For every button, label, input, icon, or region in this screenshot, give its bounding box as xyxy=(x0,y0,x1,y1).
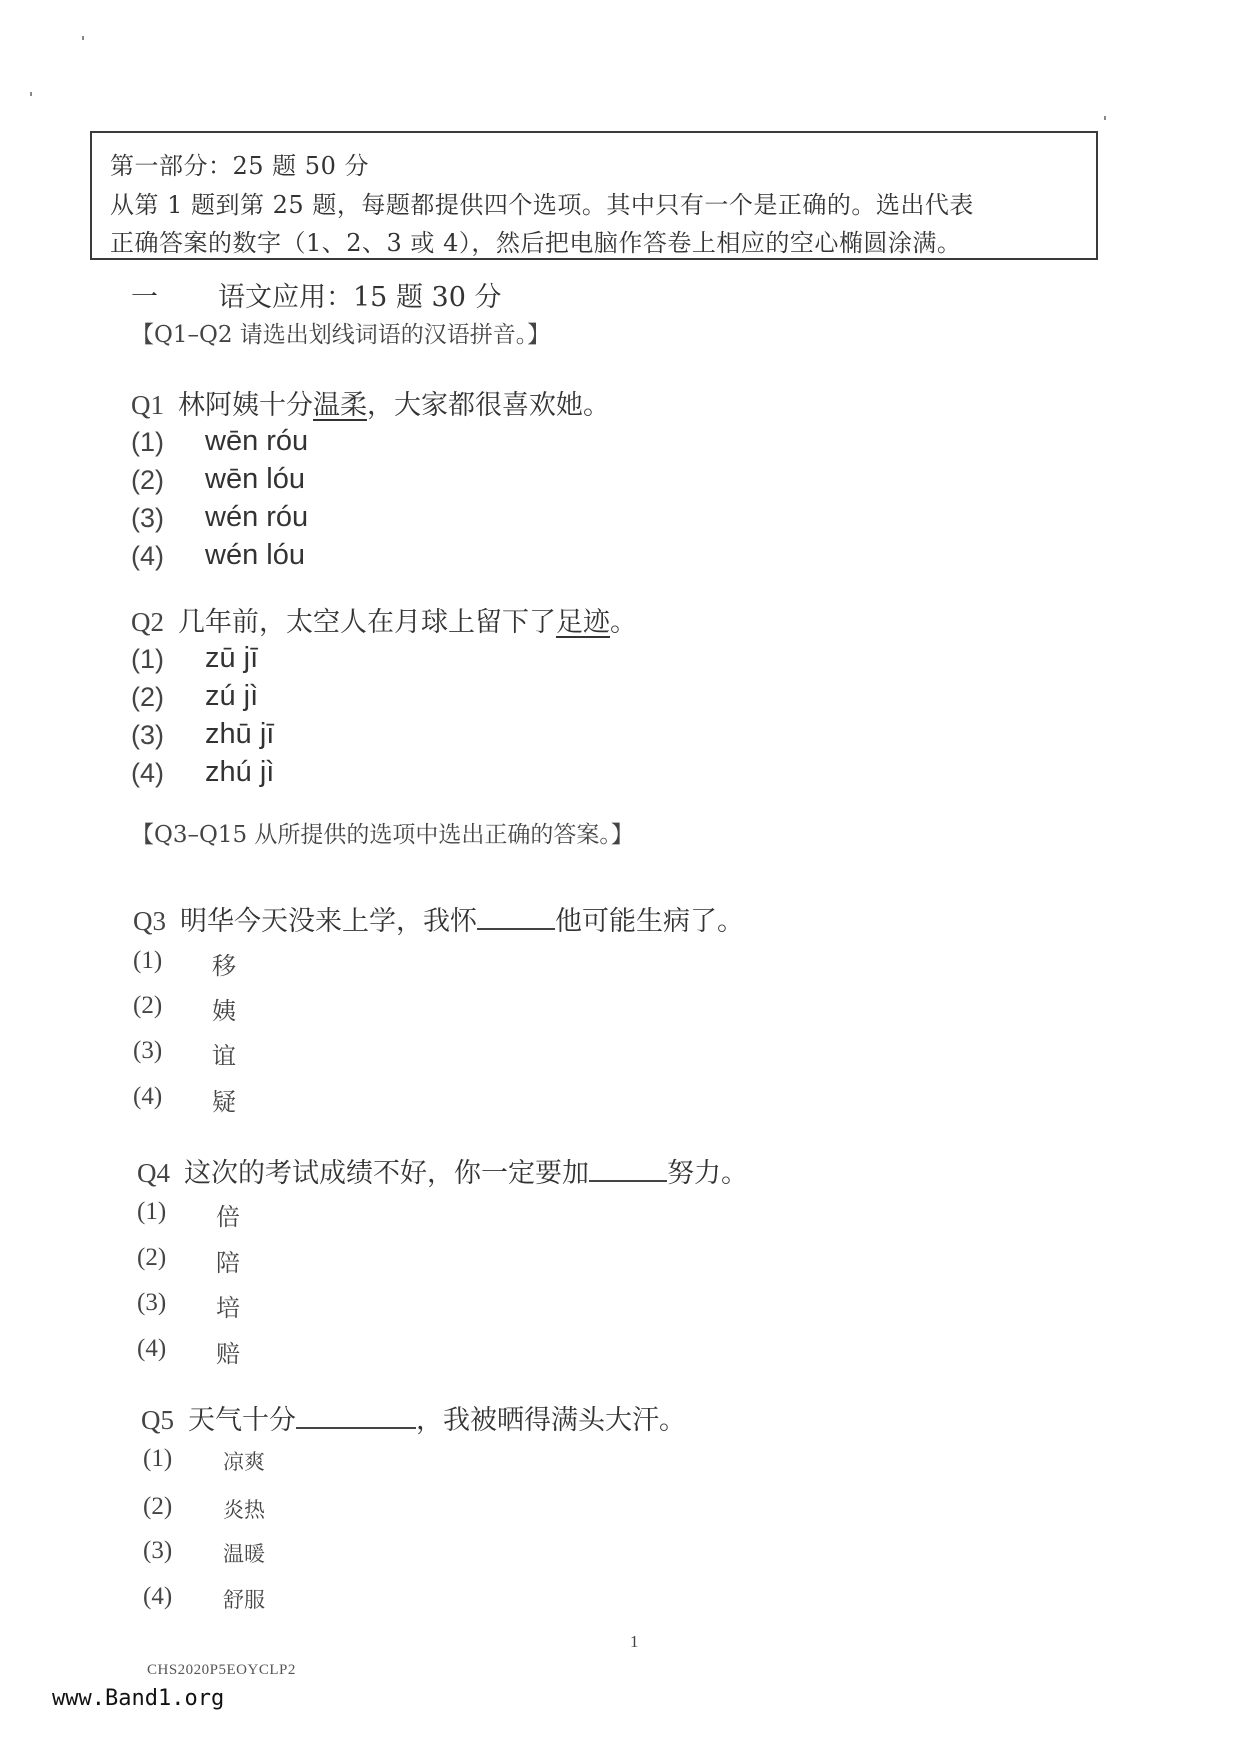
option-number: (1) xyxy=(143,1445,172,1473)
underlined-word: 足迹 xyxy=(556,607,610,638)
option-text: zhú jì xyxy=(205,756,274,789)
scan-speck xyxy=(30,92,32,96)
scan-speck xyxy=(1104,116,1106,120)
option-number: (2) xyxy=(131,682,164,713)
question-q5: Q5天气十分，我被晒得满头大汗。 xyxy=(141,1398,686,1437)
option-text: 姨 xyxy=(212,991,236,1026)
option-text: zū jī xyxy=(205,642,258,675)
option-text: 倍 xyxy=(216,1197,240,1232)
section-title: 语文应用：15 题 30 分 xyxy=(218,275,501,314)
option-number: (4) xyxy=(131,758,164,789)
option-number: (1) xyxy=(133,947,162,975)
question-number: Q2 xyxy=(131,607,164,637)
option-number: (2) xyxy=(133,992,162,1020)
paper-code: CHS2020P5EOYCLP2 xyxy=(147,1662,296,1679)
option-number: (1) xyxy=(131,427,164,458)
option-number: (4) xyxy=(137,1335,166,1363)
option-number: (4) xyxy=(133,1083,162,1111)
instruction-q3-q15: 【Q3–Q15 从所提供的选项中选出正确的答案。】 xyxy=(131,816,634,849)
option-text: 赔 xyxy=(216,1334,240,1369)
instruction-line-1: 从第 1 题到第 25 题，每题都提供四个选项。其中只有一个是正确的。选出代表 xyxy=(110,185,974,220)
scan-speck xyxy=(82,36,84,40)
option-number: (3) xyxy=(133,1037,162,1065)
option-text: 炎热 xyxy=(223,1494,265,1524)
option-number: (3) xyxy=(137,1289,166,1317)
question-q4: Q4这次的考试成绩不好，你一定要加努力。 xyxy=(137,1151,748,1190)
watermark-link[interactable]: www.Band1.org xyxy=(46,1684,244,1715)
option-number: (4) xyxy=(131,541,164,572)
option-number: (2) xyxy=(137,1244,166,1272)
option-number: (2) xyxy=(131,465,164,496)
question-number: Q1 xyxy=(131,390,164,420)
option-text: zhū jī xyxy=(205,718,274,751)
option-text: wén róu xyxy=(205,501,308,534)
part-title: 第一部分：25 题 50 分 xyxy=(110,146,369,181)
option-number: (3) xyxy=(131,720,164,751)
page-number: 1 xyxy=(630,1632,639,1652)
option-text: 移 xyxy=(212,946,236,981)
section-number: 一 xyxy=(131,275,158,314)
option-text: wén lóu xyxy=(205,539,305,572)
answer-blank xyxy=(296,1405,416,1429)
option-text: 疑 xyxy=(212,1082,236,1117)
option-number: (3) xyxy=(143,1537,172,1565)
option-number: (3) xyxy=(131,503,164,534)
option-number: (1) xyxy=(131,644,164,675)
option-text: 温暖 xyxy=(223,1538,265,1568)
question-q2: Q2几年前，太空人在月球上留下了足迹。 xyxy=(131,600,637,639)
question-q3: Q3明华今天没来上学，我怀他可能生病了。 xyxy=(133,899,744,938)
option-text: wēn lóu xyxy=(205,463,305,496)
option-text: 陪 xyxy=(216,1243,240,1278)
instruction-box: 第一部分：25 题 50 分 从第 1 题到第 25 题，每题都提供四个选项。其… xyxy=(90,131,1098,260)
option-text: 谊 xyxy=(212,1036,236,1071)
question-number: Q5 xyxy=(141,1405,174,1435)
underlined-word: 温柔 xyxy=(313,390,367,421)
answer-blank xyxy=(589,1158,667,1182)
option-number: (1) xyxy=(137,1198,166,1226)
option-text: zú jì xyxy=(205,680,258,713)
answer-blank xyxy=(477,906,555,930)
question-number: Q4 xyxy=(137,1158,170,1188)
question-q1: Q1林阿姨十分温柔，大家都很喜欢她。 xyxy=(131,383,610,422)
option-number: (4) xyxy=(143,1583,172,1611)
option-text: 凉爽 xyxy=(223,1446,265,1476)
option-text: 培 xyxy=(216,1288,240,1323)
option-number: (2) xyxy=(143,1493,172,1521)
instruction-q1-q2: 【Q1–Q2 请选出划线词语的汉语拼音。】 xyxy=(131,316,550,349)
option-text: 舒服 xyxy=(223,1584,265,1614)
option-text: wēn róu xyxy=(205,425,308,458)
instruction-line-2: 正确答案的数字（1、2、3 或 4），然后把电脑作答卷上相应的空心椭圆涂满。 xyxy=(110,223,961,258)
question-number: Q3 xyxy=(133,906,166,936)
